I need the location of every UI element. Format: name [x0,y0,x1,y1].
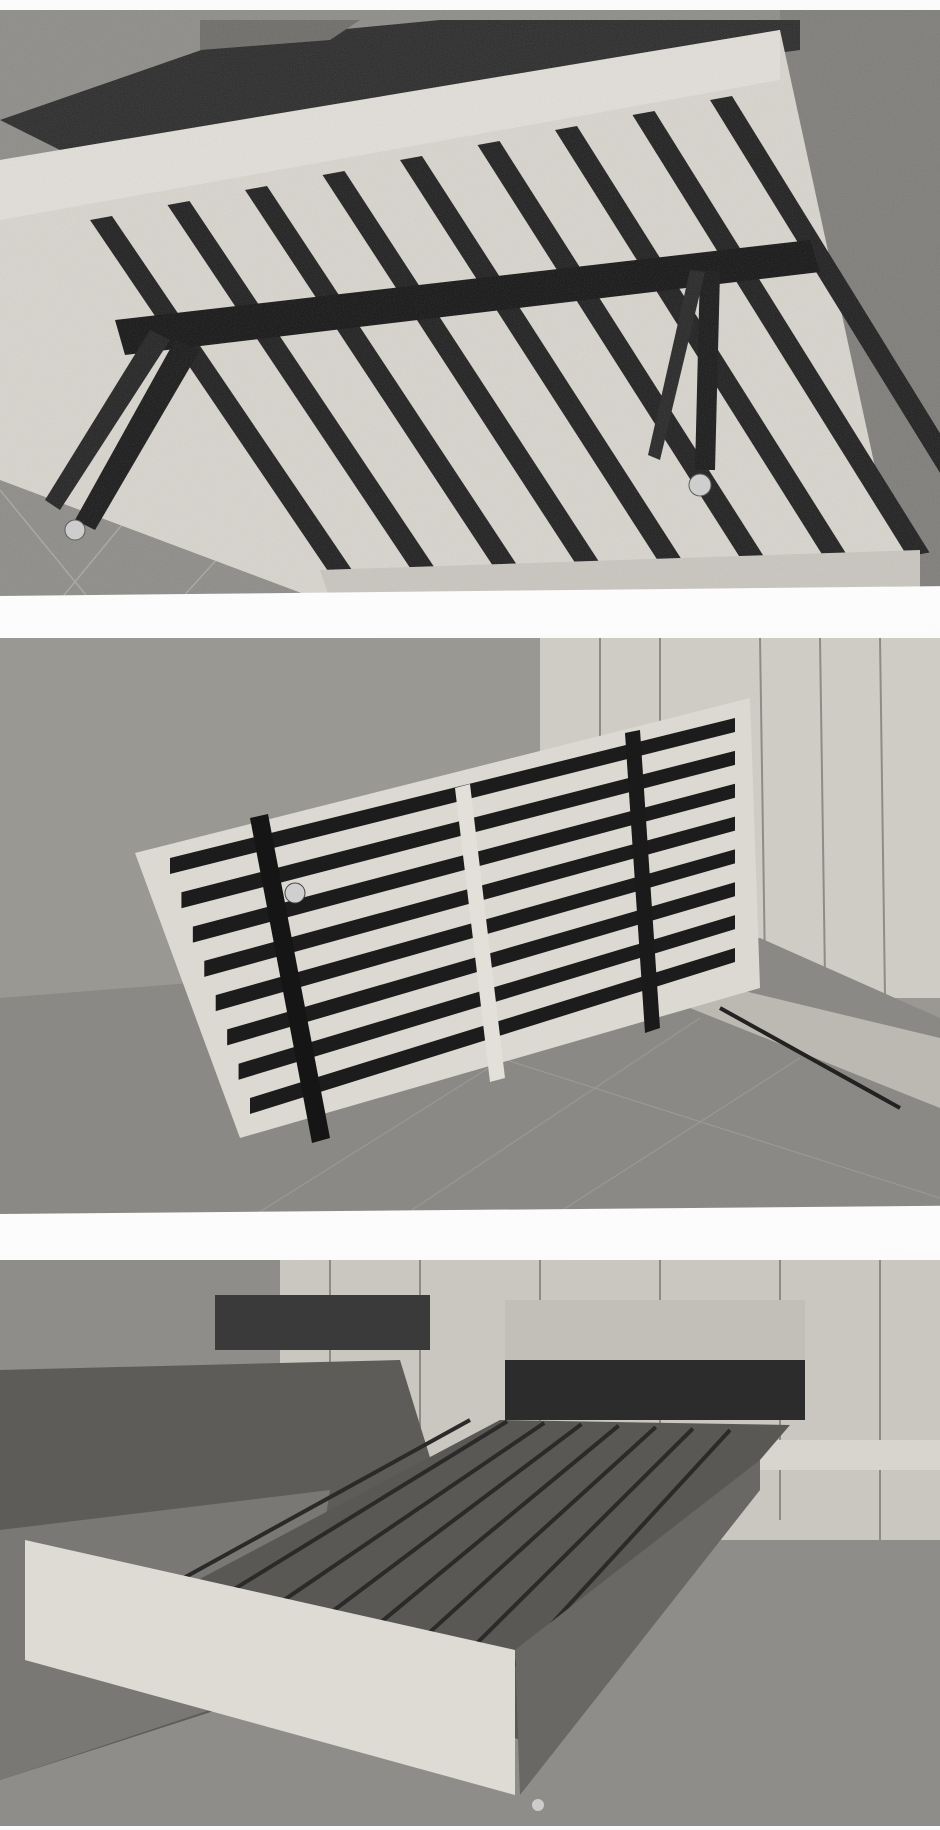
photo-bed-frame-underside [0,10,940,600]
photo-bed-frame-upright [0,638,940,1218]
page-gutter [0,586,940,640]
photo-3-drawing [0,1260,940,1826]
photo-2-drawing [0,638,940,1218]
photo-1-drawing [0,10,940,600]
photo-bed-frame-opened [0,1260,940,1826]
page-gutter [0,1206,940,1262]
